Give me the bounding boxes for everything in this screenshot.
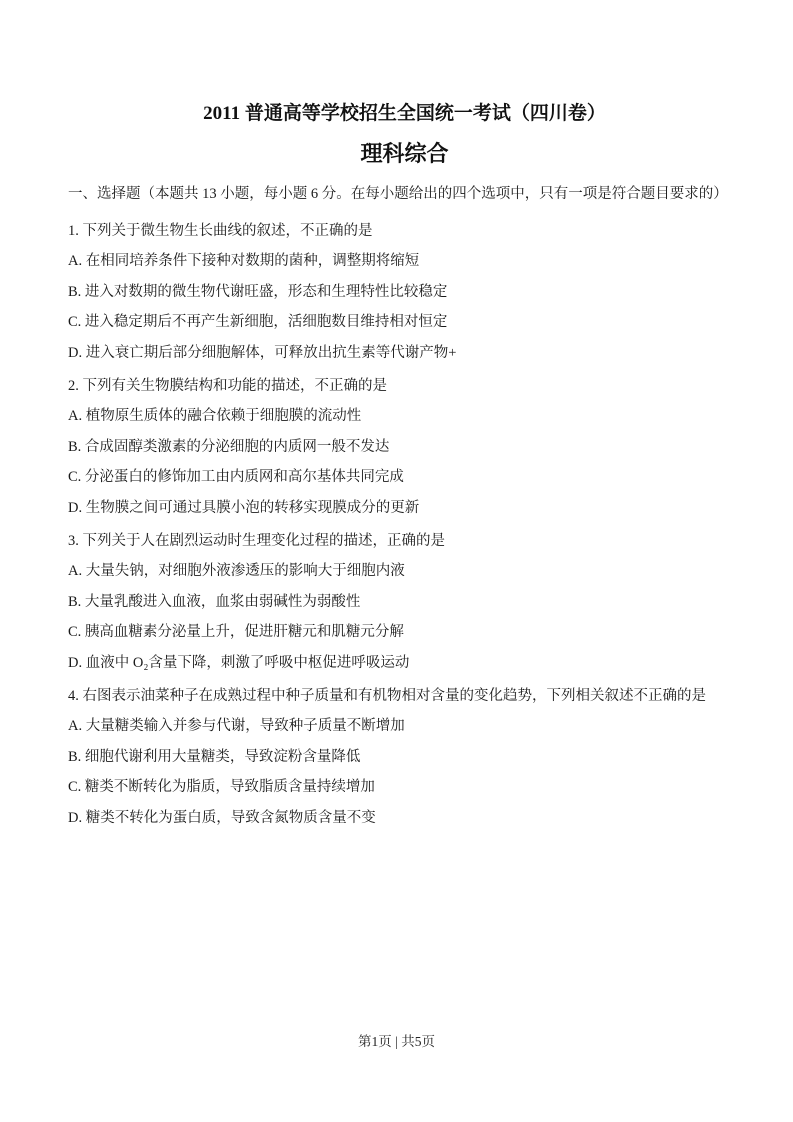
question-3-option-d: D. 血液中 O₂含量下降，刺激了呼吸中枢促进呼吸运动 <box>68 648 741 679</box>
question-2-stem: 2. 下列有关生物膜结构和功能的描述，不正确的是 <box>68 371 741 402</box>
question-3-option-c: C. 胰高血糖素分泌量上升，促进肝糖元和肌糖元分解 <box>68 617 741 648</box>
question-3: 3. 下列关于人在剧烈运动时生理变化过程的描述，正确的是 A. 大量失钠，对细胞… <box>68 526 741 679</box>
document-content: 2011 普通高等学校招生全国统一考试（四川卷） 理科综合 一、选择题（本题共 … <box>68 0 741 833</box>
question-1-option-d: D. 进入衰亡期后部分细胞解体，可释放出抗生素等代谢产物+ <box>68 338 741 369</box>
question-2-option-a: A. 植物原生质体的融合依赖于细胞膜的流动性 <box>68 401 741 432</box>
page-footer: 第1页 | 共5页 <box>0 1030 793 1050</box>
question-4-option-d: D. 糖类不转化为蛋白质，导致含氮物质含量不变 <box>68 803 741 834</box>
section-header: 一、选择题（本题共 13 小题，每小题 6 分。在每小题给出的四个选项中，只有一… <box>68 179 741 210</box>
question-1-option-c: C. 进入稳定期后不再产生新细胞，活细胞数目维持相对恒定 <box>68 307 741 338</box>
question-1-option-a: A. 在相同培养条件下接种对数期的菌种，调整期将缩短 <box>68 246 741 277</box>
question-4-option-b: B. 细胞代谢利用大量糖类，导致淀粉含量降低 <box>68 742 741 773</box>
question-1: 1. 下列关于微生物生长曲线的叙述，不正确的是 A. 在相同培养条件下接种对数期… <box>68 216 741 369</box>
question-2: 2. 下列有关生物膜结构和功能的描述，不正确的是 A. 植物原生质体的融合依赖于… <box>68 371 741 524</box>
question-2-option-c: C. 分泌蛋白的修饰加工由内质网和高尔基体共同完成 <box>68 462 741 493</box>
question-3-option-a: A. 大量失钠，对细胞外液渗透压的影响大于细胞内液 <box>68 556 741 587</box>
question-1-stem: 1. 下列关于微生物生长曲线的叙述，不正确的是 <box>68 216 741 247</box>
question-3-stem: 3. 下列关于人在剧烈运动时生理变化过程的描述，正确的是 <box>68 526 741 557</box>
question-4-option-a: A. 大量糖类输入并参与代谢，导致种子质量不断增加 <box>68 711 741 742</box>
question-2-option-b: B. 合成固醇类激素的分泌细胞的内质网一般不发达 <box>68 432 741 463</box>
page-subtitle: 理科综合 <box>68 139 741 169</box>
question-4-stem: 4. 右图表示油菜种子在成熟过程中种子质量和有机物相对含量的变化趋势，下列相关叙… <box>68 681 741 712</box>
page-indicator: 第1页 | 共5页 <box>358 1034 435 1049</box>
question-1-option-b: B. 进入对数期的微生物代谢旺盛，形态和生理特性比较稳定 <box>68 277 741 308</box>
question-2-option-d: D. 生物膜之间可通过具膜小泡的转移实现膜成分的更新 <box>68 493 741 524</box>
question-3-option-b: B. 大量乳酸进入血液，血浆由弱碱性为弱酸性 <box>68 587 741 618</box>
question-4-option-c: C. 糖类不断转化为脂质，导致脂质含量持续增加 <box>68 772 741 803</box>
page-title: 2011 普通高等学校招生全国统一考试（四川卷） <box>68 100 741 127</box>
document-page: 2011 普通高等学校招生全国统一考试（四川卷） 理科综合 一、选择题（本题共 … <box>0 0 793 1122</box>
question-4: 4. 右图表示油菜种子在成熟过程中种子质量和有机物相对含量的变化趋势，下列相关叙… <box>68 681 741 834</box>
